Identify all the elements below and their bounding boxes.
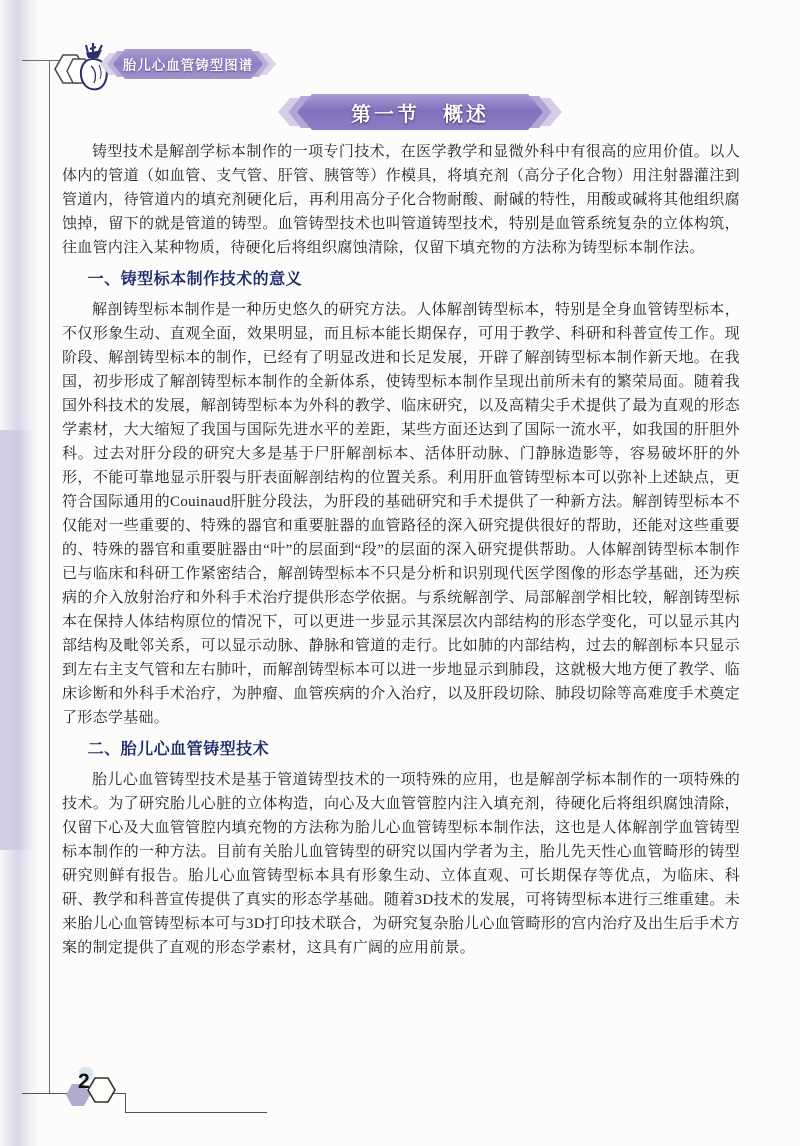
page-number: 2 <box>78 1070 90 1094</box>
left-rule-line <box>49 60 50 1093</box>
paragraph-fetal-technique: 胎儿心血管铸型技术是基于管道铸型技术的一项特殊的应用，也是解剖学标本制作的一项特… <box>62 768 740 960</box>
footer-rule-line-step <box>125 1093 126 1113</box>
section-title: 第一节 概述 <box>278 92 562 132</box>
book-title: 胎儿心血管铸型图谱 <box>100 48 276 80</box>
heading-fetal-casting-technique: 二、胎儿心血管铸型技术 <box>62 739 740 761</box>
body-content: 铸型技术是解剖学标本制作的一项专门技术，在医学教学和显微外科中有很高的应用价值。… <box>62 140 740 960</box>
hexagon-cluster-icon: 2 <box>58 1064 120 1114</box>
paragraph-significance: 解剖铸型标本制作是一种历史悠久的研究方法。人体解剖铸型标本，特别是全身血管铸型标… <box>62 298 740 730</box>
header-title-ribbon: 胎儿心血管铸型图谱 <box>100 48 276 80</box>
book-page: 胎儿心血管铸型图谱 第一节 概述 铸型技术是解剖学标本制作的一项专门技术，在医学… <box>0 0 800 1146</box>
paragraph-intro: 铸型技术是解剖学标本制作的一项专门技术，在医学教学和显微外科中有很高的应用价值。… <box>62 140 740 260</box>
left-margin-gradient-strong <box>0 430 38 850</box>
heading-casting-significance: 一、铸型标本制作技术的意义 <box>62 269 740 291</box>
section-banner: 第一节 概述 <box>278 92 562 132</box>
footer-rule-line-lower <box>125 1112 267 1113</box>
